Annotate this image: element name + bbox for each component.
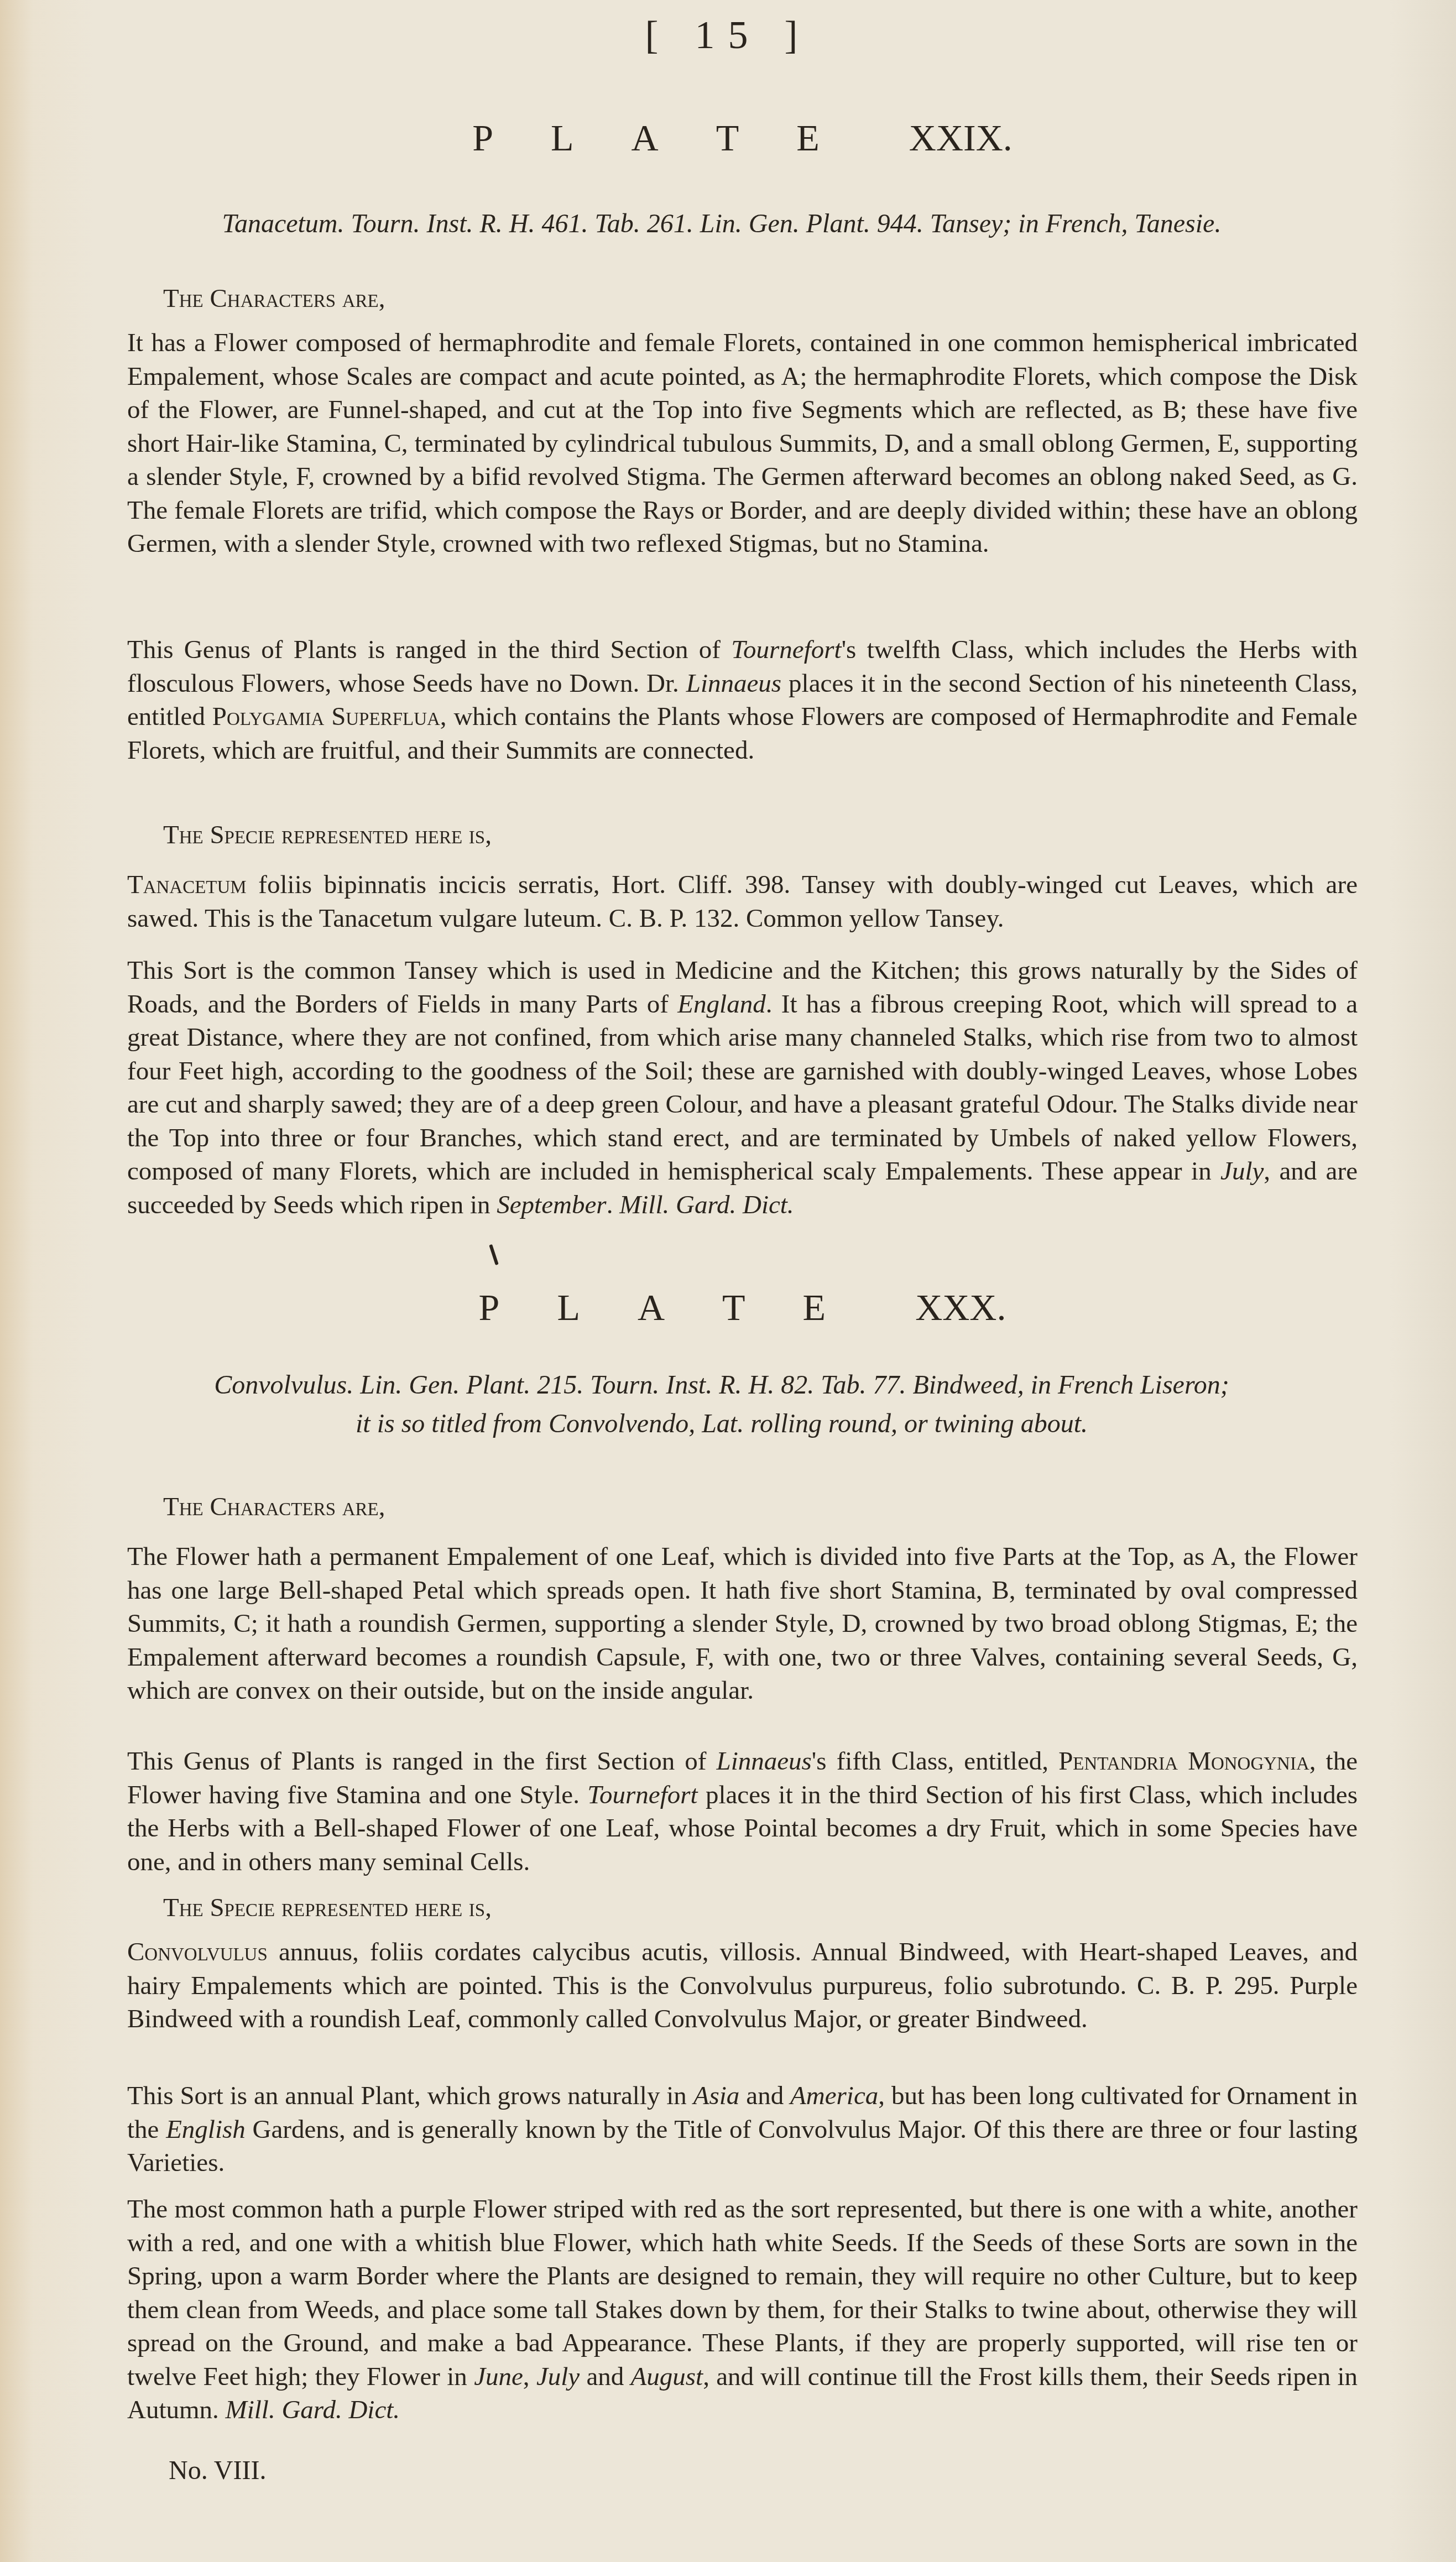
book-page: [ 15 ] PLATEXXIX. Tanacetum. Tourn. Inst…: [0, 0, 1456, 2562]
month: August: [631, 2362, 703, 2391]
title-letter: P: [479, 1286, 500, 1329]
plate-30-title: PLATEXXX.: [0, 1286, 1456, 1329]
species-name: Tanacetum: [127, 870, 247, 899]
title-letter: T: [722, 1286, 745, 1329]
title-letter: P: [472, 116, 493, 160]
plate-30-specie: Convolvulus annuus, foliis cordates caly…: [127, 1935, 1358, 2036]
sort-paragraph: This Sort is an annual Plant, which grow…: [127, 2079, 1358, 2180]
place-name: English: [166, 2115, 246, 2144]
place-name: Asia: [693, 2081, 740, 2110]
month: July: [536, 2362, 580, 2391]
plate-30-characters: The Flower hath a permanent Empalement o…: [127, 1540, 1358, 1708]
plate-29-heading: Tanacetum. Tourn. Inst. R. H. 461. Tab. …: [88, 205, 1355, 243]
plate-30-genus: This Genus of Plants is ranged in the fi…: [127, 1745, 1358, 1879]
genus-paragraph: This Genus of Plants is ranged in the fi…: [127, 1745, 1358, 1879]
page-number: [ 15 ]: [0, 12, 1456, 58]
plate-30-sort: This Sort is an annual Plant, which grow…: [127, 2079, 1358, 2180]
author-name: Tournefort: [587, 1781, 697, 1809]
place-name: America: [790, 2081, 878, 2110]
specie-paragraph: Tanacetum foliis bipinnatis incicis serr…: [127, 868, 1358, 935]
citation: Mill. Gard. Dict.: [226, 2396, 400, 2424]
text: and: [739, 2081, 790, 2110]
month: June: [474, 2362, 523, 2391]
signature-mark: No. VIII.: [169, 2455, 266, 2486]
sort-paragraph: This Sort is the common Tansey which is …: [127, 954, 1358, 1222]
month: July: [1220, 1157, 1264, 1186]
citation: Mill. Gard. Dict.: [619, 1191, 794, 1219]
title-letter: T: [716, 116, 739, 160]
text: ,: [523, 2362, 536, 2391]
plate-30-heading-line-1: Convolvulus. Lin. Gen. Plant. 215. Tourn…: [88, 1366, 1355, 1405]
varieties-paragraph: The most common hath a purple Flower str…: [127, 2193, 1358, 2427]
plate-29-specie: Tanacetum foliis bipinnatis incicis serr…: [127, 868, 1358, 935]
month: September: [497, 1191, 606, 1219]
plate-29-genus: This Genus of Plants is ranged in the th…: [127, 633, 1358, 767]
class-name: Polygamia Superflua: [212, 702, 440, 731]
text: This Sort is an annual Plant, which grow…: [127, 2081, 693, 2110]
plate-numeral: XXIX.: [909, 116, 1013, 160]
specie-paragraph: Convolvulus annuus, foliis cordates caly…: [127, 1935, 1358, 2036]
text: The most common hath a purple Flower str…: [127, 2195, 1358, 2391]
plate-numeral: XXX.: [915, 1286, 1006, 1329]
characters-paragraph: It has a Flower composed of hermaphrodit…: [127, 326, 1358, 561]
characters-lead: The Characters are,: [163, 282, 385, 315]
plate-29-sort: This Sort is the common Tansey which is …: [127, 954, 1358, 1222]
plate-29-characters: It has a Flower composed of hermaphrodit…: [127, 326, 1358, 561]
text: annuus, foliis cordates calycibus acutis…: [127, 1938, 1358, 2033]
plate-29-title: PLATEXXIX.: [0, 116, 1456, 160]
title-letter: L: [557, 1286, 580, 1329]
text: Gardens, and is generally known by the T…: [127, 2115, 1358, 2178]
ink-mark: [489, 1244, 498, 1265]
class-name: Pentandria Monogynia: [1058, 1747, 1309, 1776]
author-name: Linnaeus: [686, 669, 781, 698]
characters-lead: The Characters are,: [163, 1490, 385, 1523]
title-letter: E: [803, 1286, 826, 1329]
plate-30-heading-line-2: it is so titled from Convolvendo, Lat. r…: [88, 1405, 1355, 1443]
author-name: Linnaeus: [717, 1747, 812, 1776]
text: foliis bipinnatis incicis serratis, Hort…: [127, 870, 1358, 933]
place-name: England: [677, 990, 765, 1019]
text: This Genus of Plants is ranged in the th…: [127, 635, 731, 664]
specie-lead: The Specie represented here is,: [163, 818, 492, 852]
specie-lead: The Specie represented here is,: [163, 1891, 492, 1924]
characters-paragraph: The Flower hath a permanent Empalement o…: [127, 1540, 1358, 1708]
title-letter: E: [796, 116, 820, 160]
text: and: [580, 2362, 630, 2391]
title-letter: A: [638, 1286, 665, 1329]
text: . It has a fibrous creeping Root, which …: [127, 990, 1358, 1186]
title-letter: A: [632, 116, 659, 160]
text: .: [607, 1191, 620, 1219]
text: This Genus of Plants is ranged in the fi…: [127, 1747, 717, 1776]
plate-30-varieties: The most common hath a purple Flower str…: [127, 2193, 1358, 2427]
author-name: Tournefort: [731, 635, 841, 664]
title-letter: L: [551, 116, 574, 160]
genus-paragraph: This Genus of Plants is ranged in the th…: [127, 633, 1358, 767]
species-name: Convolvulus: [127, 1938, 268, 1966]
text: 's fifth Class, entitled,: [812, 1747, 1058, 1776]
